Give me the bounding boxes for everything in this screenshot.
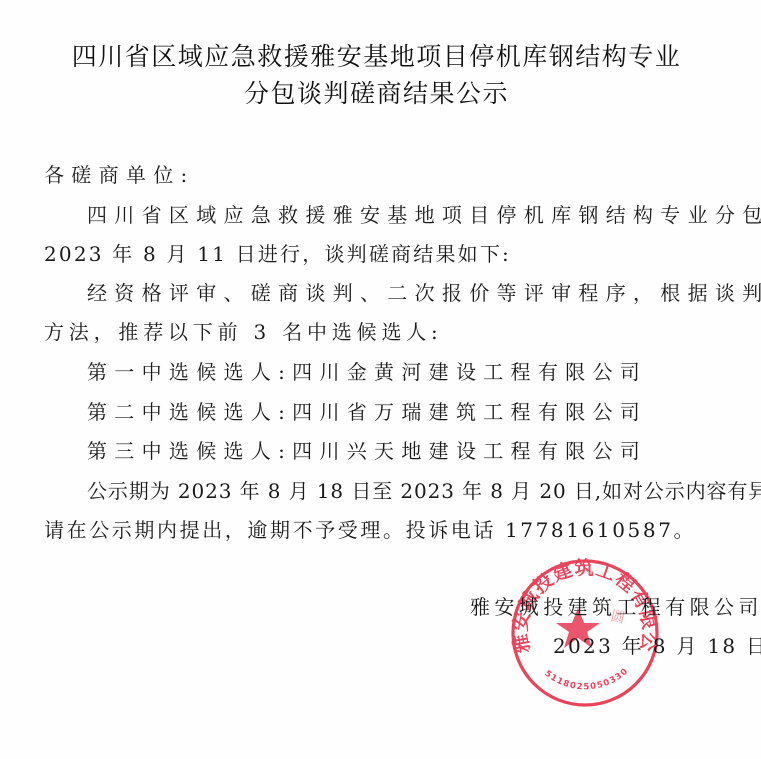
seal-serial-number: 5118025050330 bbox=[542, 666, 630, 692]
candidate-1-company: 四川金黄河建设工程有限公司 bbox=[292, 360, 647, 384]
salutation: 各磋商单位: bbox=[44, 161, 195, 189]
paragraph-2-line-2: 方法，推荐以下前 3 名中选候选人: bbox=[44, 318, 443, 346]
notice-line-2: 请在公示期内提出，逾期不予受理。投诉电话 17781610587。 bbox=[44, 516, 696, 544]
candidate-2: 第二中选候选人:四川省万瑞建筑工程有限公司 bbox=[87, 398, 647, 426]
document-title-line-1: 四川省区域应急救援雅安基地项目停机库钢结构专业 bbox=[0, 38, 757, 76]
paragraph-1-line-1: 四川省区域应急救援雅安基地项目停机库钢结构专业分包谈判磋商于 bbox=[87, 201, 761, 229]
paragraph-1-line-2: 2023 年 8 月 11 日进行，谈判磋商结果如下: bbox=[44, 240, 511, 268]
candidate-1-rank: 第一中选候选人: bbox=[87, 360, 292, 384]
candidate-2-company: 四川省万瑞建筑工程有限公司 bbox=[292, 400, 647, 424]
svg-text:5118025050330: 5118025050330 bbox=[542, 666, 630, 692]
candidate-3: 第三中选候选人:四川兴天地建设工程有限公司 bbox=[87, 437, 647, 465]
notice-line-1: 公示期为 2023 年 8 月 18 日至 2023 年 8 月 20 日,如对… bbox=[87, 477, 761, 505]
candidate-1: 第一中选候选人:四川金黄河建设工程有限公司 bbox=[87, 358, 647, 386]
signature-date: 2023 年 8 月 18 日 bbox=[553, 632, 761, 660]
document-title-line-2: 分包谈判磋商结果公示 bbox=[0, 75, 757, 113]
candidate-2-rank: 第二中选候选人: bbox=[87, 400, 292, 424]
signature-company: 雅安城投建筑工程有限公司 bbox=[470, 593, 761, 621]
document-page: 四川省区域应急救援雅安基地项目停机库钢结构专业 分包谈判磋商结果公示 各磋商单位… bbox=[0, 0, 761, 759]
candidate-3-rank: 第三中选候选人: bbox=[87, 439, 292, 463]
candidate-3-company: 四川兴天地建设工程有限公司 bbox=[292, 439, 647, 463]
paragraph-2-line-1: 经资格评审、磋商谈判、二次报价等评审程序，根据谈判磋商文件评审 bbox=[87, 279, 761, 307]
